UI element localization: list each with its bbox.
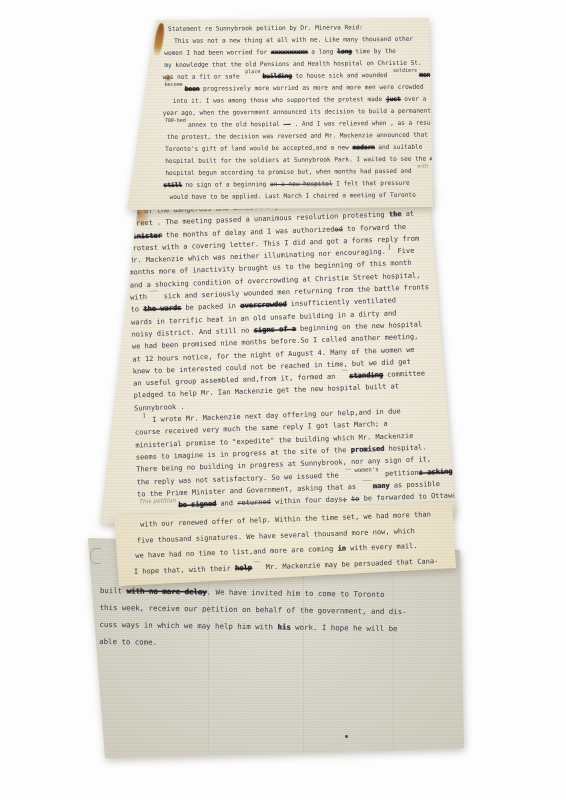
typed-text: hospital begun according to promise but,…	[165, 168, 415, 177]
typed-line: would have to be applied. Last March I c…	[163, 189, 467, 204]
typed-text: progressively more worried as more and m…	[199, 84, 423, 93]
typed-text: the protest, the decision was reversed a…	[167, 132, 428, 141]
typed-text: to forward the	[343, 223, 406, 233]
typed-text: This was not a new thing at all with me.…	[174, 36, 413, 45]
typed-text: , and had	[430, 71, 467, 78]
typed-insertion: women's	[354, 468, 378, 475]
typed-text: promised	[350, 445, 384, 454]
struck-text: still	[163, 182, 181, 189]
typed-text: to	[130, 306, 143, 314]
struck-text: building	[262, 73, 291, 80]
struck-text: long	[337, 48, 352, 55]
struck-text: overcrowded	[240, 301, 287, 311]
struck-text: just	[386, 96, 401, 103]
struck-text: xxxxxxxxxx	[271, 49, 308, 56]
typed-text: I hope that, with their	[134, 564, 235, 576]
pencil-annotation: ~~	[345, 467, 351, 473]
typed-insertion: ]	[142, 414, 146, 420]
pencil-annotation: ~~	[254, 559, 260, 565]
typed-text: would have to be applied. Last March I c…	[169, 192, 415, 201]
typed-text: as possible	[389, 480, 440, 490]
typed-text: Mr. Mackenzie may be persuaded that Cana…	[261, 557, 438, 571]
typed-text: insufficiently ventilated	[286, 297, 396, 309]
typed-text: able to come.	[99, 637, 157, 647]
struck-text: signs of a	[254, 325, 296, 334]
page-2-text: out of the dangerous and unhealthily-loc…	[119, 194, 475, 513]
typed-insertion: ]	[388, 246, 392, 252]
typed-text: with every mail.	[346, 542, 418, 552]
struck-text: --	[283, 121, 290, 128]
typed-insertion: 700-bed	[165, 119, 186, 124]
typed-text: committee	[383, 370, 425, 379]
typed-text: work. I hope he will be	[291, 623, 398, 633]
pencil-annotation: ~~~	[362, 478, 371, 485]
typed-text: into it. I was among those who supported…	[173, 96, 386, 105]
pencil-annotation: ~~	[341, 368, 347, 374]
struck-text: standing	[349, 371, 383, 380]
struck-text: Minister	[128, 231, 162, 240]
pencil-annotation: ~~~	[149, 289, 158, 296]
page-3-text: built with no more delay. We have invite…	[99, 582, 407, 654]
page-1-text: Statement re Sunnybrook petition by Dr. …	[162, 21, 468, 204]
typed-text: petition	[381, 468, 419, 477]
typed-insertion: place	[245, 70, 260, 75]
typed-text: with	[130, 293, 147, 302]
red-pen-mark	[124, 92, 133, 98]
page-1-wrap: Statement re Sunnybrook petition by Dr. …	[120, 14, 442, 214]
struck-text: s asking	[419, 467, 453, 476]
page-2: 2 out of the dangerous and unhealthily-l…	[95, 180, 467, 532]
typed-text: to house sick and wounded	[292, 72, 391, 80]
typed-text: we have had no time to list,and more are…	[135, 545, 337, 560]
typed-text: over a	[401, 96, 427, 103]
typed-text: time by the	[352, 48, 396, 55]
typed-insertion: forms	[454, 464, 471, 470]
scanned-document-photo: built with no more delay. We have invite…	[0, 0, 566, 800]
struck-text: new	[430, 156, 441, 163]
typed-text: and suitable	[375, 144, 423, 151]
typed-text: Toronto's gift of land would be accepted…	[165, 144, 352, 153]
typed-text: Five	[393, 247, 414, 256]
typed-text: was not a fit or safe	[162, 73, 243, 81]
pencil-annotation: with	[417, 165, 428, 170]
typed-text: Statement re Sunnybrook petition by Dr. …	[168, 24, 363, 33]
paste-strip: with our renewed offer of help. Within t…	[100, 498, 462, 590]
typed-text: many	[373, 482, 390, 491]
typed-text: Sunnybrook .	[134, 403, 185, 413]
typed-text: this week, receive our petition on behal…	[100, 603, 407, 616]
typed-text: hospital built for the soldiers at Sunny…	[165, 156, 430, 165]
typed-text: year ago, when the government announced …	[163, 108, 431, 117]
typed-text: a long	[308, 48, 337, 55]
typed-text: his	[277, 622, 290, 631]
struck-text: modern	[352, 144, 374, 151]
typed-text: my knowledge that the old Pensions and H…	[164, 60, 421, 69]
struck-text: on a new hospital	[270, 181, 333, 189]
typed-text: hospital.	[384, 443, 426, 452]
red-pen-mark	[123, 52, 137, 97]
typed-insertion: become	[165, 83, 183, 88]
typed-insertion: soldiers	[393, 69, 417, 74]
typed-text: no sign of a beginning	[182, 181, 270, 189]
typed-text: I felt that pressure	[332, 180, 409, 188]
strip-text: with our renewed offer of help. Within t…	[130, 507, 439, 580]
struck-text: men	[419, 72, 430, 79]
page-2-wrap: 2 out of the dangerous and unhealthily-l…	[95, 180, 467, 532]
ink-speck	[345, 735, 348, 738]
typed-text: be packed in	[181, 302, 240, 312]
page-1: Statement re Sunnybrook petition by Dr. …	[120, 14, 442, 214]
struck-text: the wards	[143, 304, 181, 313]
typed-text: women I had been worried for	[164, 49, 271, 57]
struck-text: help	[235, 564, 252, 573]
typed-text: in	[337, 545, 346, 553]
struck-text: ed	[334, 225, 343, 233]
typed-text: cuss ways in which we may help him with	[99, 620, 277, 631]
rust-stain	[139, 26, 153, 81]
typed-text: . And I was relieved when , as a result …	[291, 120, 449, 128]
struck-text: been	[185, 86, 200, 93]
paste-strip-wrap: with our renewed offer of help. Within t…	[100, 498, 462, 590]
typed-text: annex to the old hospital	[188, 121, 284, 129]
